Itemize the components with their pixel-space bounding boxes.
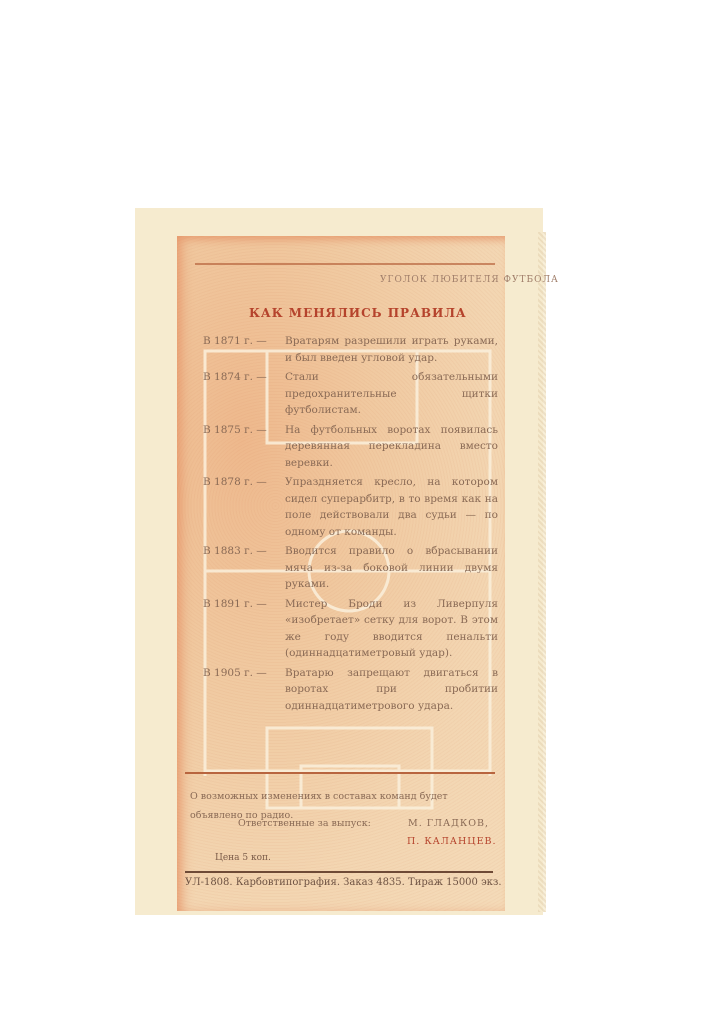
responsible-name: П. КАЛАНЦЕВ. <box>407 836 497 847</box>
timeline-entry: В 1875 г. — На футбольных воротах появил… <box>203 422 498 472</box>
bottom-divider <box>185 871 493 873</box>
entry-text: Вводится правило о вбрасывании мяча из-з… <box>285 543 498 593</box>
timeline-entry: В 1883 г. — Вводится правило о вбрасыван… <box>203 543 498 593</box>
entry-year: В 1871 г. — <box>203 333 285 366</box>
entry-text: Вратарям разрешили играть руками, и был … <box>285 333 498 366</box>
price-label: Цена 5 коп. <box>215 853 271 863</box>
entry-text: Мистер Броди из Ливерпуля «изобретает» с… <box>285 596 498 662</box>
entry-year: В 1883 г. — <box>203 543 285 593</box>
responsible-name: М. ГЛАДКОВ, <box>408 818 489 829</box>
timeline-entry: В 1878 г. — Упраздняется кресло, на кото… <box>203 474 498 540</box>
printing-imprint: УЛ-1808. Карбовтипография. Заказ 4835. Т… <box>185 877 502 888</box>
entry-text: Вратарю запрещают двигаться в воротах пр… <box>285 665 498 715</box>
timeline-entry: В 1905 г. — Вратарю запрещают двигаться … <box>203 665 498 715</box>
rules-timeline: В 1871 г. — Вратарям разрешили играть ру… <box>203 333 498 717</box>
corner-heading: УГОЛОК ЛЮБИТЕЛЯ ФУТБОЛА <box>380 275 559 285</box>
perforated-edge <box>538 232 546 912</box>
entry-year: В 1891 г. — <box>203 596 285 662</box>
entry-year: В 1874 г. — <box>203 369 285 419</box>
page-title: КАК МЕНЯЛИСЬ ПРАВИЛА <box>249 306 467 320</box>
entry-text: На футбольных воротах появилась деревянн… <box>285 422 498 472</box>
entry-year: В 1878 г. — <box>203 474 285 540</box>
timeline-entry: В 1871 г. — Вратарям разрешили играть ру… <box>203 333 498 366</box>
entry-text: Стали обязательными предохранительные щи… <box>285 369 498 419</box>
responsible-label: Ответственные за выпуск: <box>238 818 371 829</box>
middle-divider <box>185 772 495 774</box>
entry-text: Упраздняется кресло, на котором сидел су… <box>285 474 498 540</box>
entry-year: В 1905 г. — <box>203 665 285 715</box>
timeline-entry: В 1874 г. — Стали обязательными предохра… <box>203 369 498 419</box>
entry-year: В 1875 г. — <box>203 422 285 472</box>
timeline-entry: В 1891 г. — Мистер Броди из Ливерпуля «и… <box>203 596 498 662</box>
top-divider <box>195 263 495 265</box>
